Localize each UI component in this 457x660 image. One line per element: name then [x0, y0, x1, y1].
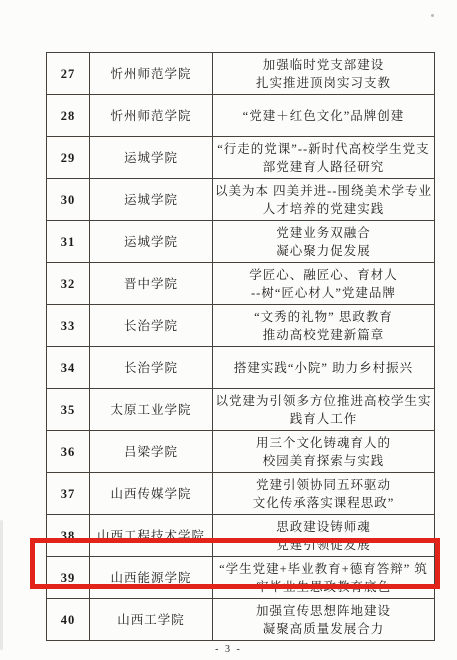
row-number: 33 — [47, 305, 90, 347]
project-title-line: 党建业务双融合 — [215, 224, 432, 242]
project-title-line: “行走的党课”--新时代高校学生党支 — [215, 140, 432, 158]
school-name: 山西工程技术学院 — [90, 515, 213, 557]
project-title: 党建引领协同五环驱动文化传承落实课程思政” — [213, 473, 435, 515]
page-number: - 3 - — [0, 644, 457, 655]
project-title: 加强宣传思想阵地建设凝聚高质量发展合力 — [213, 599, 435, 641]
school-name: 长治学院 — [90, 347, 213, 389]
school-name: 山西传媒学院 — [90, 473, 213, 515]
table-row: 34长治学院搭建实践“小院” 助力乡村振兴 — [47, 347, 435, 389]
scanned-document-page: 27忻州师范学院加强临时党支部建设扎实推进顶岗实习支教28忻州师范学院“党建＋红… — [0, 0, 457, 660]
school-name: 运城学院 — [90, 221, 213, 263]
project-title-line: 以美为本 四美并进--围绕美术学专业 — [215, 182, 432, 200]
project-title-line: 以党建为引领多方位推进高校学生实 — [215, 392, 432, 410]
project-title: 以美为本 四美并进--围绕美术学专业人才培养的党建实践 — [213, 179, 435, 221]
project-title: 思政建设铸师魂党建引领促发展 — [213, 515, 435, 557]
project-title: “党建＋红色文化”品牌创建 — [213, 95, 435, 137]
table-row: 38山西工程技术学院思政建设铸师魂党建引领促发展 — [47, 515, 435, 557]
project-title-line: 思政建设铸师魂 — [215, 518, 432, 536]
school-name: 吕梁学院 — [90, 431, 213, 473]
row-number: 28 — [47, 95, 90, 137]
project-title: 搭建实践“小院” 助力乡村振兴 — [213, 347, 435, 389]
table-row: 28忻州师范学院“党建＋红色文化”品牌创建 — [47, 95, 435, 137]
project-title: 学匠心、融匠心、育材人--树“匠心材人”党建品牌 — [213, 263, 435, 305]
project-title-line: 党建引领协同五环驱动 — [215, 476, 432, 494]
table-row-highlighted: 39山西能源学院“学生党建+毕业教育+德育答辩” 筑牢毕业生思政教育底色 — [47, 557, 435, 599]
project-title-line: 践育人工作 — [215, 410, 432, 428]
row-number: 40 — [47, 599, 90, 641]
school-name: 忻州师范学院 — [90, 95, 213, 137]
scan-artifact-dot — [431, 14, 434, 17]
project-title: 加强临时党支部建设扎实推进顶岗实习支教 — [213, 53, 435, 95]
project-title-line: 凝聚高质量发展合力 — [215, 620, 432, 638]
project-title-line: 校园美育探索与实践 — [215, 452, 432, 470]
row-number: 39 — [47, 557, 90, 599]
table-row: 31运城学院党建业务双融合凝心聚力促发展 — [47, 221, 435, 263]
school-name: 运城学院 — [90, 179, 213, 221]
row-number: 29 — [47, 137, 90, 179]
project-title-line: “文秀的礼物” 思政教育 — [215, 308, 432, 326]
row-number: 27 — [47, 53, 90, 95]
school-name: 山西工学院 — [90, 599, 213, 641]
project-title-line: 文化传承落实课程思政” — [215, 494, 432, 512]
row-number: 35 — [47, 389, 90, 431]
project-title-line: 扎实推进顶岗实习支教 — [215, 74, 432, 92]
table-row: 37山西传媒学院党建引领协同五环驱动文化传承落实课程思政” — [47, 473, 435, 515]
table-row: 32晋中学院学匠心、融匠心、育材人--树“匠心材人”党建品牌 — [47, 263, 435, 305]
row-number: 32 — [47, 263, 90, 305]
project-title-line: 牢毕业生思政教育底色 — [215, 578, 432, 596]
row-number: 38 — [47, 515, 90, 557]
table-row: 40山西工学院加强宣传思想阵地建设凝聚高质量发展合力 — [47, 599, 435, 641]
school-name: 山西能源学院 — [90, 557, 213, 599]
table-row: 29运城学院“行走的党课”--新时代高校学生党支部党建育人路径研究 — [47, 137, 435, 179]
table-row: 33长治学院“文秀的礼物” 思政教育推动高校党建新篇章 — [47, 305, 435, 347]
project-title-line: 凝心聚力促发展 — [215, 242, 432, 260]
project-title-line: 用三个文化铸魂育人的 — [215, 434, 432, 452]
table-row: 36吕梁学院用三个文化铸魂育人的校园美育探索与实践 — [47, 431, 435, 473]
row-number: 34 — [47, 347, 90, 389]
row-number: 30 — [47, 179, 90, 221]
project-title-line: 加强宣传思想阵地建设 — [215, 602, 432, 620]
row-number: 36 — [47, 431, 90, 473]
project-title-line: “党建＋红色文化”品牌创建 — [215, 107, 432, 125]
project-title-line: --树“匠心材人”党建品牌 — [215, 284, 432, 302]
project-title-line: 加强临时党支部建设 — [215, 56, 432, 74]
school-name: 太原工业学院 — [90, 389, 213, 431]
project-title-line: 搭建实践“小院” 助力乡村振兴 — [215, 359, 432, 377]
project-title: “行走的党课”--新时代高校学生党支部党建育人路径研究 — [213, 137, 435, 179]
project-title: “学生党建+毕业教育+德育答辩” 筑牢毕业生思政教育底色 — [213, 557, 435, 599]
project-title-line: 推动高校党建新篇章 — [215, 326, 432, 344]
row-number: 37 — [47, 473, 90, 515]
table-row: 27忻州师范学院加强临时党支部建设扎实推进顶岗实习支教 — [47, 53, 435, 95]
table-row: 30运城学院以美为本 四美并进--围绕美术学专业人才培养的党建实践 — [47, 179, 435, 221]
project-title: “文秀的礼物” 思政教育推动高校党建新篇章 — [213, 305, 435, 347]
project-title-line: 部党建育人路径研究 — [215, 158, 432, 176]
project-title-line: 学匠心、融匠心、育材人 — [215, 266, 432, 284]
project-title: 以党建为引领多方位推进高校学生实践育人工作 — [213, 389, 435, 431]
project-title-line: 党建引领促发展 — [215, 536, 432, 554]
school-name: 运城学院 — [90, 137, 213, 179]
project-title: 用三个文化铸魂育人的校园美育探索与实践 — [213, 431, 435, 473]
award-project-table: 27忻州师范学院加强临时党支部建设扎实推进顶岗实习支教28忻州师范学院“党建＋红… — [46, 52, 435, 641]
scan-artifact-smudge — [0, 520, 3, 650]
table-row: 35太原工业学院以党建为引领多方位推进高校学生实践育人工作 — [47, 389, 435, 431]
school-name: 忻州师范学院 — [90, 53, 213, 95]
row-number: 31 — [47, 221, 90, 263]
project-title: 党建业务双融合凝心聚力促发展 — [213, 221, 435, 263]
project-title-line: 人才培养的党建实践 — [215, 200, 432, 218]
school-name: 长治学院 — [90, 305, 213, 347]
project-title-line: “学生党建+毕业教育+德育答辩” 筑 — [215, 560, 432, 578]
school-name: 晋中学院 — [90, 263, 213, 305]
